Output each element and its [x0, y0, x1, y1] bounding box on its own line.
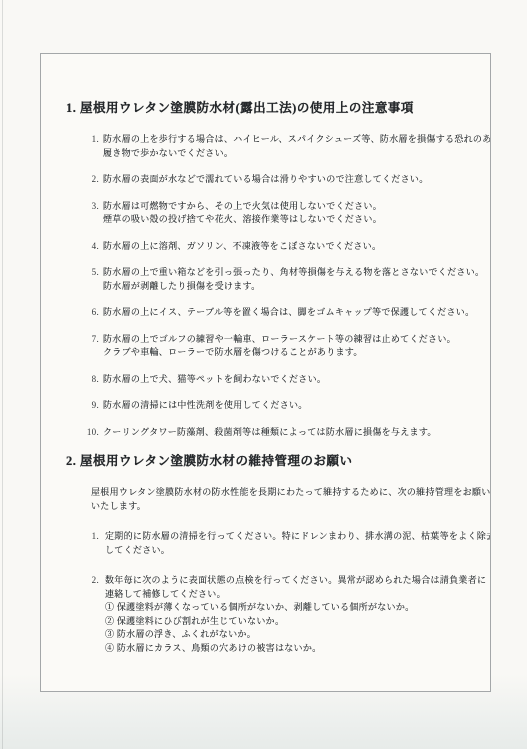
document-border-frame: 1. 屋根用ウレタン塗膜防水材(露出工法)の使用上の注意事項 1. 防水層の上を… [40, 53, 491, 692]
list-item: 2. 防水層の表面が水などで濡れている場合は滑りやすいので注意してください。 [83, 173, 480, 187]
item-text: 数年毎に次のように表面状態の点検を行ってください。異常が認められた場合は請負業者… [105, 574, 486, 601]
list-item: 2. 数年毎に次のように表面状態の点検を行ってください。異常が認められた場合は請… [83, 574, 480, 655]
sub-item-3: ③ 防水層の浮き、ふくれがないか。 [105, 628, 486, 642]
scan-edge-line [2, 0, 3, 749]
item-number: 7. [83, 333, 99, 360]
item-number: 2. [83, 173, 99, 187]
sub-item-4: ④ 防水層にカラス、鳥類の穴あけの被害はないか。 [105, 642, 486, 656]
item-text: 防水層は可燃物ですから、その上で火気は使用しないでください。 煙草の吸い殻の投げ… [103, 200, 382, 227]
item-text-block: 数年毎に次のように表面状態の点検を行ってください。異常が認められた場合は請負業者… [105, 574, 486, 655]
list-item: 8. 防水層の上で犬、猫等ペットを飼わないでください。 [83, 373, 480, 387]
list-item: 6. 防水層の上にイス、テーブル等を置く場合は、脚をゴムキャップ等で保護してくだ… [83, 306, 480, 320]
item-number: 8. [83, 373, 99, 387]
item-number: 5. [83, 266, 99, 293]
item-text: 防水層の上でゴルフの練習や一輪車、ローラースケート等の練習は止めてください。 ク… [103, 333, 456, 360]
item-number: 1. [83, 133, 99, 160]
sub-item-2: ② 保護塗料にひび割れが生じていないか。 [105, 615, 486, 629]
item-text: 防水層の上で重い箱などを引っ張ったり、角材等損傷を与える物を落とさないでください… [103, 266, 484, 293]
item-text: 定期的に防水層の清掃を行ってください。特にドレンまわり、排水溝の泥、枯葉等をよく… [105, 530, 491, 557]
list-item: 1. 定期的に防水層の清掃を行ってください。特にドレンまわり、排水溝の泥、枯葉等… [83, 530, 480, 557]
list-item: 10. クーリングタワー防藻剤、殺菌剤等は種類によっては防水層に損傷を与えます。 [83, 426, 480, 440]
list-item: 9. 防水層の清掃には中性洗剤を使用してください。 [83, 399, 480, 413]
section2-list: 1. 定期的に防水層の清掃を行ってください。特にドレンまわり、排水溝の泥、枯葉等… [83, 530, 480, 655]
item-number: 6. [83, 306, 99, 320]
section1-heading: 1. 屋根用ウレタン塗膜防水材(露出工法)の使用上の注意事項 [66, 100, 470, 117]
section-usage-cautions: 1. 屋根用ウレタン塗膜防水材(露出工法)の使用上の注意事項 1. 防水層の上を… [41, 100, 490, 439]
item-text: 防水層の上に溶剤、ガソリン、不凍液等をこぼさないでください。 [103, 240, 381, 254]
section1-list: 1. 防水層の上を歩行する場合は、ハイヒール、スパイクシューズ等、防水層を損傷す… [83, 133, 480, 439]
section2-intro: 屋根用ウレタン塗膜防水材の防水性能を長期にわたって維持するために、次の維持管理を… [91, 486, 480, 513]
list-item: 1. 防水層の上を歩行する場合は、ハイヒール、スパイクシューズ等、防水層を損傷す… [83, 133, 480, 160]
item-number: 3. [83, 200, 99, 227]
sub-item-1: ① 保護塗料が薄くなっている個所がないか、剥離している個所がないか。 [105, 601, 486, 615]
item-number: 9. [83, 399, 99, 413]
section2-heading: 2. 屋根用ウレタン塗膜防水材の維持管理のお願い [66, 453, 470, 470]
list-item: 7. 防水層の上でゴルフの練習や一輪車、ローラースケート等の練習は止めてください… [83, 333, 480, 360]
list-item: 4. 防水層の上に溶剤、ガソリン、不凍液等をこぼさないでください。 [83, 240, 480, 254]
item-text: 防水層の上で犬、猫等ペットを飼わないでください。 [103, 373, 326, 387]
item-text: クーリングタワー防藻剤、殺菌剤等は種類によっては防水層に損傷を与えます。 [103, 426, 437, 440]
item-text: 防水層の上にイス、テーブル等を置く場合は、脚をゴムキャップ等で保護してください。 [103, 306, 474, 320]
item-number: 2. [83, 574, 99, 655]
item-text: 防水層の表面が水などで濡れている場合は滑りやすいので注意してください。 [103, 173, 429, 187]
list-item: 5. 防水層の上で重い箱などを引っ張ったり、角材等損傷を与える物を落とさないでく… [83, 266, 480, 293]
list-item: 3. 防水層は可燃物ですから、その上で火気は使用しないでください。 煙草の吸い殻… [83, 200, 480, 227]
item-number: 4. [83, 240, 99, 254]
item-text: 防水層の上を歩行する場合は、ハイヒール、スパイクシューズ等、防水層を損傷する恐れ… [103, 133, 491, 160]
item-number: 1. [83, 530, 99, 557]
section-maintenance-request: 2. 屋根用ウレタン塗膜防水材の維持管理のお願い 屋根用ウレタン塗膜防水材の防水… [41, 453, 490, 655]
item-text: 防水層の清掃には中性洗剤を使用してください。 [103, 399, 308, 413]
item-number: 10. [83, 426, 99, 440]
